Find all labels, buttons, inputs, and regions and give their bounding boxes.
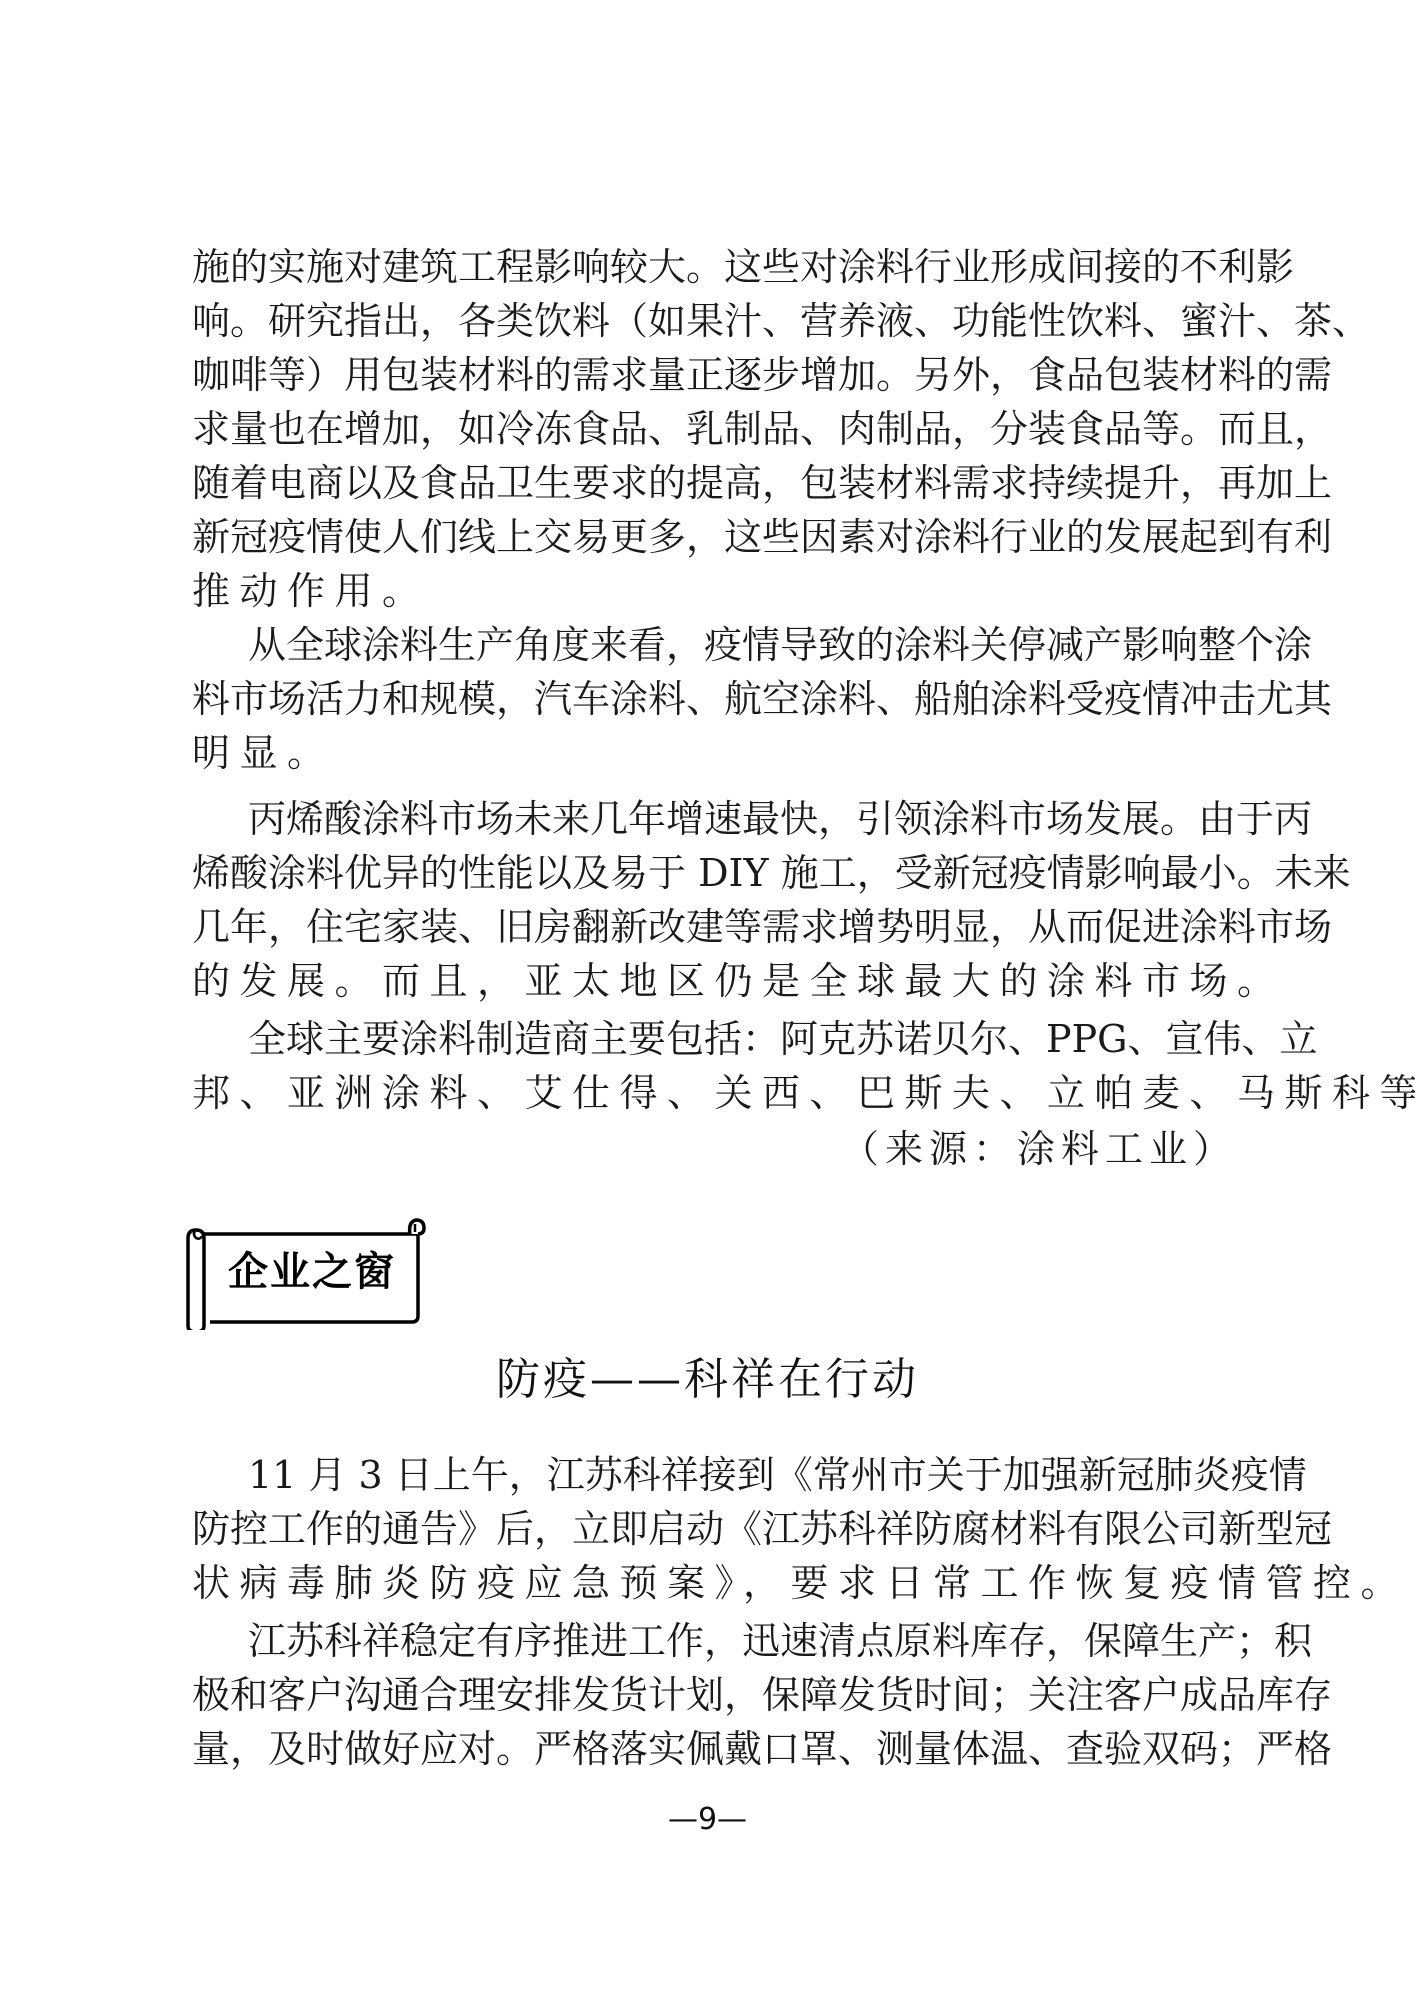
text-line: 全球主要涂料制造商主要包括：阿克苏诺贝尔、PPG、宣伟、立 — [248, 1012, 1242, 1066]
text-line: 状病毒肺炎防疫应急预案》，要求日常工作恢复疫情管控。 — [192, 1556, 1242, 1610]
text-line: 丙烯酸涂料市场未来几年增速最快，引领涂料市场发展。由于丙 — [248, 792, 1242, 846]
article-title: 防疫——科祥在行动 — [0, 1350, 1415, 1410]
text-line: 量，及时做好应对。严格落实佩戴口罩、测量体温、查验双码；严格 — [192, 1722, 1242, 1776]
text-line: 11 月 3 日上午，江苏科祥接到《常州市关于加强新冠肺炎疫情 — [248, 1448, 1242, 1502]
text-line: 的发展。而且，亚太地区仍是全球最大的涂料市场。 — [192, 954, 1242, 1008]
text-line: 江苏科祥稳定有序推进工作，迅速清点原料库存，保障生产；积 — [248, 1614, 1242, 1668]
text-line: 几年，住宅家装、旧房翻新改建等需求增势明显，从而促进涂料市场 — [192, 900, 1242, 954]
text-line: 料市场活力和规模，汽车涂料、航空涂料、船舶涂料受疫情冲击尤其 — [192, 672, 1242, 726]
text-line: 邦、亚洲涂料、艾仕得、关西、巴斯夫、立帕麦、马斯科等。 — [192, 1066, 1242, 1120]
text-line: 求量也在增加，如冷冻食品、乳制品、肉制品，分装食品等。而且， — [192, 402, 1242, 456]
section-banner-label: 企业之窗 — [212, 1246, 412, 1298]
text-line: 烯酸涂料优异的性能以及易于 DIY 施工，受新冠疫情影响最小。未来 — [192, 846, 1242, 900]
page-number: —9— — [0, 1800, 1415, 1840]
text-line: 极和客户沟通合理安排发货计划，保障发货时间；关注客户成品库存 — [192, 1668, 1242, 1722]
text-line: 推动作用。 — [192, 564, 1242, 618]
text-line: 随着电商以及食品卫生要求的提高，包装材料需求持续提升，再加上 — [192, 456, 1242, 510]
text-line: 响。研究指出，各类饮料（如果汁、营养液、功能性饮料、蜜汁、茶、 — [192, 294, 1242, 348]
text-line: 新冠疫情使人们线上交易更多，这些因素对涂料行业的发展起到有利 — [192, 510, 1242, 564]
text-line: 防控工作的通告》后，立即启动《江苏科祥防腐材料有限公司新型冠 — [192, 1502, 1242, 1556]
text-line: 咖啡等）用包装材料的需求量正逐步增加。另外，食品包装材料的需 — [192, 348, 1242, 402]
text-line: 从全球涂料生产角度来看，疫情导致的涂料关停减产影响整个涂 — [248, 618, 1242, 672]
text-line: 施的实施对建筑工程影响较大。这些对涂料行业形成间接的不利影 — [192, 240, 1242, 294]
document-page: 施的实施对建筑工程影响较大。这些对涂料行业形成间接的不利影 响。研究指出，各类饮… — [0, 0, 1415, 2000]
section-banner: 企业之窗 — [182, 1218, 432, 1330]
text-line: 明显。 — [192, 726, 1242, 780]
source-attribution: （来源：涂料工业） — [841, 1122, 1237, 1176]
